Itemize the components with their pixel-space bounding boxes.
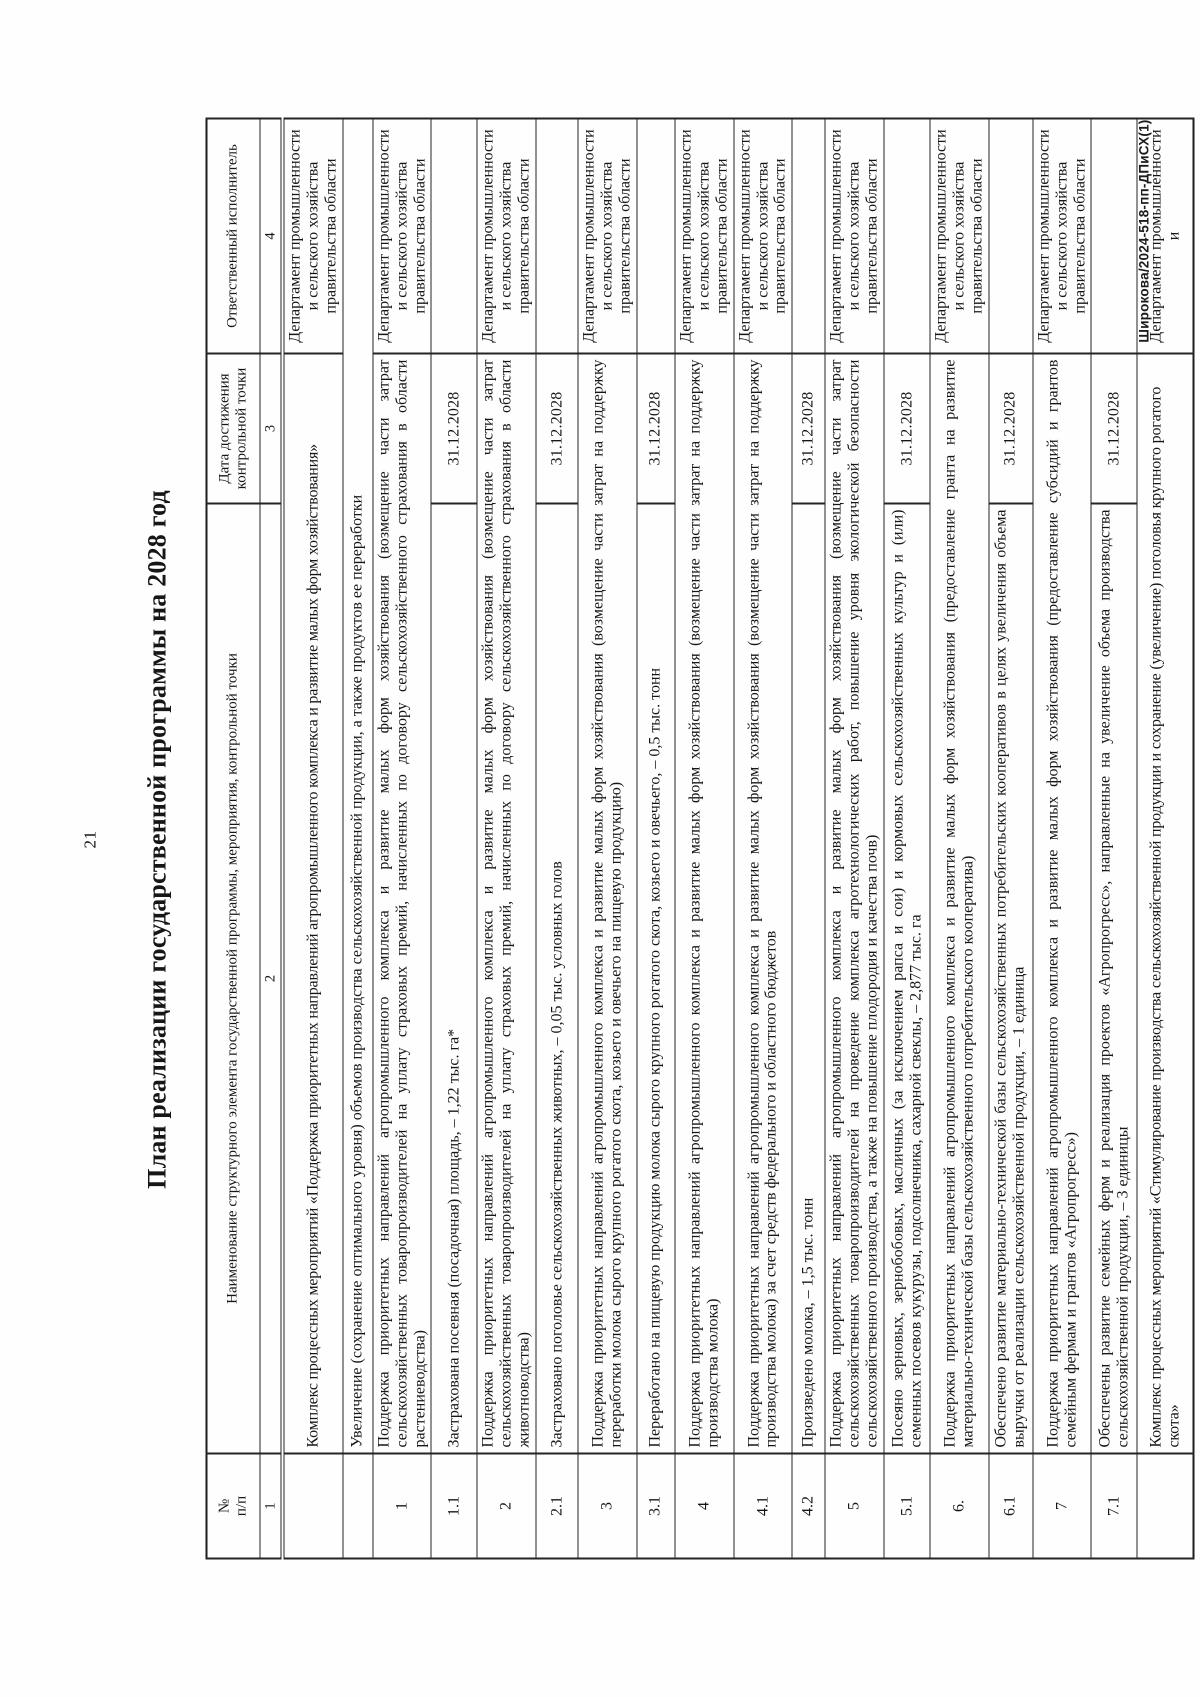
row-number-cell: 2 [477, 1454, 536, 1559]
row-number-cell: 2.1 [536, 1454, 578, 1559]
responsible-cell [637, 119, 675, 354]
responsible-cell: Департамент промышленности и сельского х… [477, 119, 536, 354]
name-cell: Увеличение (сохранение оптимального уров… [343, 119, 373, 1454]
date-cell: 31.12.2028 [1091, 354, 1137, 504]
row-number-cell: 3 [578, 1454, 637, 1559]
column-number-3: 3 [260, 354, 283, 504]
name-cell: Произведено молока, – 1,5 тыс. тонн [792, 504, 825, 1454]
header-name: Наименование структурного элемента госуд… [207, 504, 261, 1454]
responsible-cell: Департамент промышленности и сельского х… [373, 119, 432, 354]
footer-note: Широкова/2024-518-пп-ДПиСХ(1) [1137, 112, 1152, 1560]
name-cell: Застрахована посевная (посадочная) площа… [431, 504, 477, 1454]
header-responsible: Ответственный исполнитель [207, 119, 261, 354]
responsible-cell [884, 119, 930, 354]
date-cell: 31.12.2028 [637, 354, 675, 504]
responsible-cell [1091, 119, 1137, 354]
date-cell: 31.12.2028 [989, 354, 1033, 504]
column-number-1: 1 [260, 1454, 283, 1559]
scanned-sheet: 21 План реализации государственной прогр… [0, 0, 1200, 1697]
date-cell: 31.12.2028 [792, 354, 825, 504]
name-cell: Поддержка приоритетных направлений агроп… [578, 354, 637, 1454]
table-row: 7Поддержка приоритетных направлений агро… [1033, 119, 1092, 1559]
table-row: 2.1Застраховано поголовье сельскохозяйст… [536, 119, 578, 1559]
table-body: Комплекс процессных мероприятий «Поддерж… [283, 119, 1194, 1559]
table-row: 2Поддержка приоритетных направлений агро… [477, 119, 536, 1559]
header-row: № п/п Наименование структурного элемента… [207, 119, 261, 1559]
table-row: 3Поддержка приоритетных направлений агро… [578, 119, 637, 1559]
name-cell: Застраховано поголовье сельскохозяйствен… [536, 504, 578, 1454]
table-row: 5Поддержка приоритетных направлений агро… [825, 119, 884, 1559]
name-cell: Поддержка приоритетных направлений агроп… [1033, 354, 1092, 1454]
table-row: 3.1Переработано на пищевую продукцию мол… [637, 119, 675, 1559]
responsible-cell: Департамент промышленности и сельского х… [930, 119, 989, 354]
table-row: Комплекс процессных мероприятий «Поддерж… [283, 119, 343, 1559]
header-date: Дата достижения контрольной точки [207, 354, 261, 504]
row-number-cell: 4.1 [734, 1454, 793, 1559]
table-row: 7.1Обеспечены развитие семейных ферм и р… [1091, 119, 1137, 1559]
name-cell: Поддержка приоритетных направлений агроп… [477, 354, 536, 1454]
row-number-cell: 5 [825, 1454, 884, 1559]
program-table: № п/п Наименование структурного элемента… [206, 118, 1195, 1560]
row-number-cell: 7.1 [1091, 1454, 1137, 1559]
page: 21 План реализации государственной прогр… [1, 0, 1200, 1697]
responsible-cell: Департамент промышленности и сельского х… [734, 119, 793, 354]
name-cell: Поддержка приоритетных направлений агроп… [930, 354, 989, 1454]
date-cell: 31.12.2028 [431, 354, 477, 504]
table-row: 4.2Произведено молока, – 1,5 тыс. тонн31… [792, 119, 825, 1559]
row-number-cell: 3.1 [637, 1454, 675, 1559]
table-row: 6.1Обеспечено развитие материально-техни… [989, 119, 1033, 1559]
column-number-2: 2 [260, 504, 283, 1454]
name-cell: Поддержка приоритетных направлений агроп… [675, 354, 734, 1454]
row-number-cell: 7 [1033, 1454, 1092, 1559]
page-number: 21 [81, 120, 101, 1560]
date-cell: 31.12.2028 [536, 354, 578, 504]
name-cell: Комплекс процессных мероприятий «Поддерж… [283, 354, 343, 1454]
column-numbers-row: 1 2 3 4 [260, 119, 283, 1559]
date-cell: 31.12.2028 [884, 354, 930, 504]
responsible-cell [431, 119, 477, 354]
row-number-cell: 1.1 [431, 1454, 477, 1559]
table-row: 1.1Застрахована посевная (посадочная) пл… [431, 119, 477, 1559]
document-title: План реализации государственной программ… [143, 120, 173, 1560]
column-number-4: 4 [260, 119, 283, 354]
name-cell: Переработано на пищевую продукцию молока… [637, 504, 675, 1454]
name-cell: Посеяно зерновых, зернобобовых, масличны… [884, 504, 930, 1454]
row-number-cell [283, 1454, 343, 1559]
row-number-cell: 5.1 [884, 1454, 930, 1559]
table-row: 4.1Поддержка приоритетных направлений аг… [734, 119, 793, 1559]
name-cell: Обеспечено развитие материально-техничес… [989, 504, 1033, 1454]
responsible-cell: Департамент промышленности и сельского х… [283, 119, 343, 354]
responsible-cell: Департамент промышленности и сельского х… [825, 119, 884, 354]
name-cell: Поддержка приоритетных направлений агроп… [373, 354, 432, 1454]
row-number-cell: 4 [675, 1454, 734, 1559]
responsible-cell: Департамент промышленности и сельского х… [1033, 119, 1092, 354]
row-number-cell: 4.2 [792, 1454, 825, 1559]
table-row: Увеличение (сохранение оптимального уров… [343, 119, 373, 1559]
header-num: № п/п [207, 1454, 261, 1559]
table-row: 1Поддержка приоритетных направлений агро… [373, 119, 432, 1559]
responsible-cell: Департамент промышленности и сельского х… [675, 119, 734, 354]
responsible-cell [792, 119, 825, 354]
row-number-cell: 6. [930, 1454, 989, 1559]
table-row: 5.1Посеяно зерновых, зернобобовых, масли… [884, 119, 930, 1559]
row-number-cell [343, 1454, 373, 1559]
name-cell: Поддержка приоритетных направлений агроп… [825, 354, 884, 1454]
row-number-cell: 6.1 [989, 1454, 1033, 1559]
responsible-cell [536, 119, 578, 354]
table-row: 4Поддержка приоритетных направлений агро… [675, 119, 734, 1559]
name-cell: Поддержка приоритетных направлений агроп… [734, 354, 793, 1454]
row-number-cell: 1 [373, 1454, 432, 1559]
table-row: 6.Поддержка приоритетных направлений агр… [930, 119, 989, 1559]
responsible-cell: Департамент промышленности и сельского х… [578, 119, 637, 354]
name-cell: Обеспечены развитие семейных ферм и реал… [1091, 504, 1137, 1454]
responsible-cell [989, 119, 1033, 354]
